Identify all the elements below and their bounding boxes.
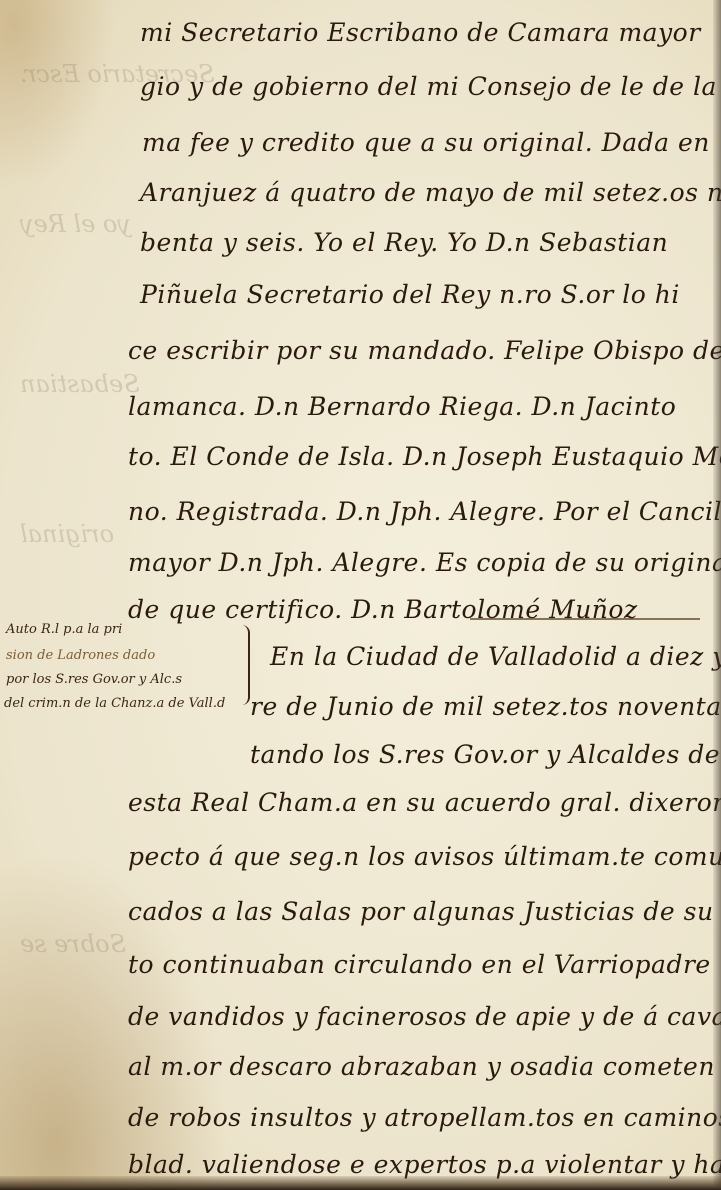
ink-bleed-through: original	[20, 520, 114, 548]
manuscript-line: de vandidos y facinerosos de apie y de á…	[128, 1002, 721, 1031]
manuscript-line: al m.or descaro abrazaban y osadia comet…	[128, 1052, 721, 1081]
ink-bleed-through: Sobre se	[20, 930, 126, 958]
ink-bleed-through: Sebastian	[20, 370, 140, 398]
manuscript-line: ma fee y credito que a su original. Dada…	[142, 128, 710, 157]
ink-bleed-through: yo el Rey	[20, 210, 131, 238]
signature-flourish	[470, 618, 700, 620]
margin-note-line: del crim.n de la Chanz.a de Vall.d	[4, 696, 225, 711]
manuscript-line: mi Secretario Escribano de Camara mayor	[140, 18, 701, 47]
manuscript-page: Secretario Escr. yo el Rey Sebastian ori…	[0, 0, 721, 1190]
manuscript-line: lamanca. D.n Bernardo Riega. D.n Jacinto	[128, 392, 676, 421]
manuscript-line: mayor D.n Jph. Alegre. Es copia de su or…	[128, 548, 721, 577]
manuscript-line: Aranjuez á quatro de mayo de mil setez.o…	[140, 178, 721, 207]
page-bottom-edge	[0, 1176, 721, 1190]
manuscript-line: cados a las Salas por algunas Justicias …	[128, 897, 721, 926]
manuscript-line: de robos insultos y atropellam.tos en ca…	[128, 1103, 721, 1132]
manuscript-line: esta Real Cham.a en su acuerdo gral. dix…	[128, 788, 721, 817]
manuscript-line: ce escribir por su mandado. Felipe Obisp…	[128, 336, 721, 365]
manuscript-line: pecto á que seg.n los avisos últimam.te …	[128, 842, 721, 871]
margin-note-line: Auto R.l p.a la pri	[6, 622, 122, 637]
manuscript-line: tando los S.res Gov.or y Alcaldes del Cr…	[250, 740, 721, 769]
manuscript-line: benta y seis. Yo el Rey. Yo D.n Sebastia…	[140, 228, 668, 257]
page-binding-edge	[713, 0, 721, 1190]
margin-brace	[238, 625, 250, 705]
margin-note-line: por los S.res Gov.or y Alc.s	[6, 672, 182, 687]
manuscript-line: En la Ciudad de Valladolid a diez y	[270, 642, 721, 671]
manuscript-line: to. El Conde de Isla. D.n Joseph Eustaqu…	[128, 442, 721, 471]
manuscript-line: Piñuela Secretario del Rey n.ro S.or lo …	[140, 280, 680, 309]
manuscript-line: blad. valiendose e expertos p.a violenta…	[128, 1150, 721, 1179]
manuscript-line: no. Registrada. D.n Jph. Alegre. Por el …	[128, 497, 721, 526]
manuscript-line: gio y de gobierno del mi Consejo de le d…	[140, 72, 721, 101]
manuscript-line: re de Junio de mil setez.tos noventa y s…	[250, 692, 721, 721]
margin-note-line: sion de Ladrones dado	[6, 648, 155, 663]
manuscript-line: to continuaban circulando en el Varriopa…	[128, 950, 711, 979]
